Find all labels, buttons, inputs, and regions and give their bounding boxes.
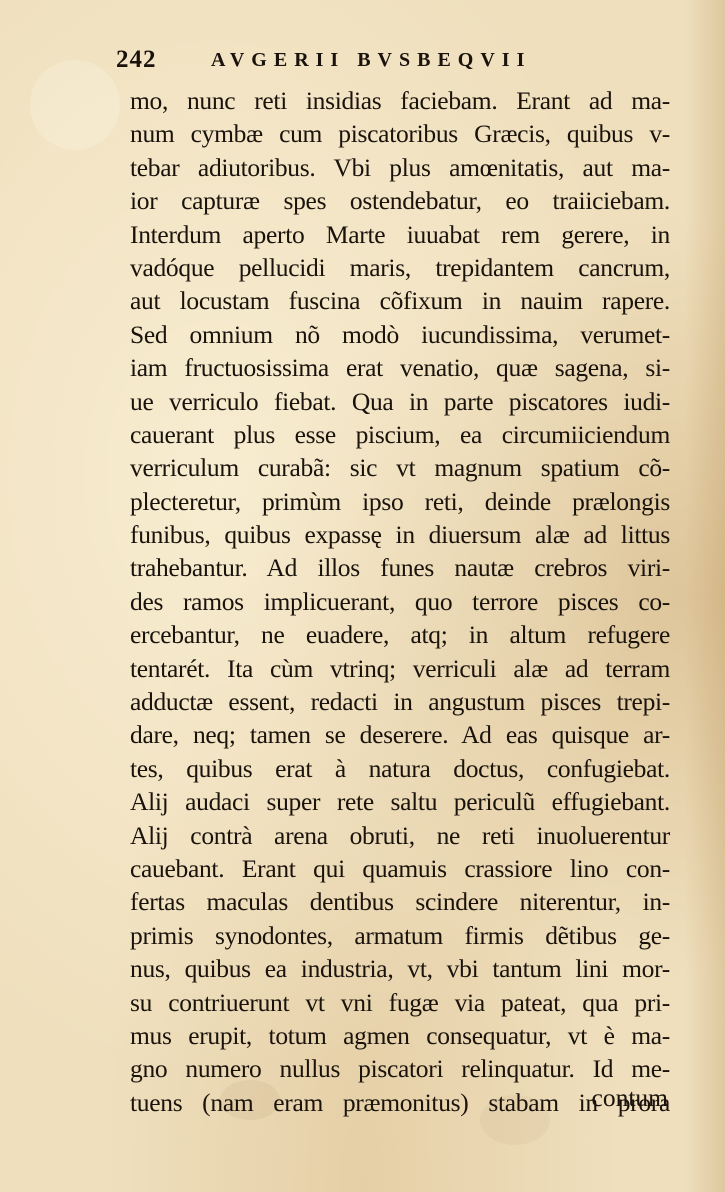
text-line: su contriuerunt vt vni fugæ via pateat, … bbox=[130, 986, 670, 1019]
text-line: cauerant plus esse piscium, ea circumiic… bbox=[130, 418, 670, 451]
running-head: AVGERII BVSBEQVII bbox=[211, 49, 531, 72]
text-line: cauebant. Erant qui quamuis crassiore li… bbox=[130, 852, 670, 885]
text-line: vadóque pellucidi maris, trepidantem can… bbox=[130, 251, 670, 284]
text-line: primis synodontes, armatum firmis dẽtibu… bbox=[130, 919, 670, 952]
text-line: verriculum curabã: sic vt magnum spatium… bbox=[130, 451, 670, 484]
text-line: nus, quibus ea industria, vt, vbi tantum… bbox=[130, 952, 670, 985]
text-line: Sed omnium nõ modò iucundissima, verumet… bbox=[130, 318, 670, 351]
text-line: ior capturæ spes ostendebatur, eo traiic… bbox=[130, 184, 670, 217]
book-page: 242 AVGERII BVSBEQVII mo, nunc reti insi… bbox=[0, 0, 725, 1192]
text-line: ue verriculo fiebat. Qua in parte piscat… bbox=[130, 385, 670, 418]
text-line: adductæ essent, redacti in angustum pisc… bbox=[130, 685, 670, 718]
text-line: mus erupit, totum agmen consequatur, vt … bbox=[130, 1019, 670, 1052]
catchword: contum bbox=[592, 1083, 669, 1113]
text-line: tebar adiutoribus. Vbi plus amœnitatis, … bbox=[130, 151, 670, 184]
text-line: tentarét. Ita cùm vtrinq; verriculi alæ … bbox=[130, 652, 670, 685]
text-line: Interdum aperto Marte iuuabat rem gerere… bbox=[130, 218, 670, 251]
text-line: fertas maculas dentibus scindere niteren… bbox=[130, 885, 670, 918]
body-text: mo, nunc reti insidias faciebam. Erant a… bbox=[130, 84, 670, 1119]
page-number: 242 bbox=[116, 46, 157, 74]
text-line: ercebantur, ne euadere, atq; in altum re… bbox=[130, 618, 670, 651]
text-line: trahebantur. Ad illos funes nautæ crebro… bbox=[130, 551, 670, 584]
text-line: tuens (nam eram præmonitus) stabam in pr… bbox=[130, 1086, 670, 1119]
page-edge-shadow bbox=[685, 0, 725, 1192]
text-line: gno numero nullus piscatori relinquatur.… bbox=[130, 1052, 670, 1085]
text-line: Alij contrà arena obruti, ne reti inuolu… bbox=[130, 819, 670, 852]
page-header: 242 AVGERII BVSBEQVII bbox=[116, 46, 616, 76]
paper-stain bbox=[30, 60, 120, 150]
text-line: des ramos implicuerant, quo terrore pisc… bbox=[130, 585, 670, 618]
text-line: plecteretur, primùm ipso reti, deinde pr… bbox=[130, 485, 670, 518]
text-line: dare, neq; tamen se deserere. Ad eas qui… bbox=[130, 718, 670, 751]
text-line: num cymbæ cum piscatoribus Græcis, quibu… bbox=[130, 117, 670, 150]
text-line: tes, quibus erat à natura doctus, confug… bbox=[130, 752, 670, 785]
text-line: funibus, quibus expassę in diuersum alæ … bbox=[130, 518, 670, 551]
text-line: mo, nunc reti insidias faciebam. Erant a… bbox=[130, 84, 670, 117]
text-line: aut locustam fuscina cõfixum in nauim ra… bbox=[130, 284, 670, 317]
text-line: iam fructuosissima erat venatio, quæ sag… bbox=[130, 351, 670, 384]
text-line: Alij audaci super rete saltu periculũ ef… bbox=[130, 785, 670, 818]
